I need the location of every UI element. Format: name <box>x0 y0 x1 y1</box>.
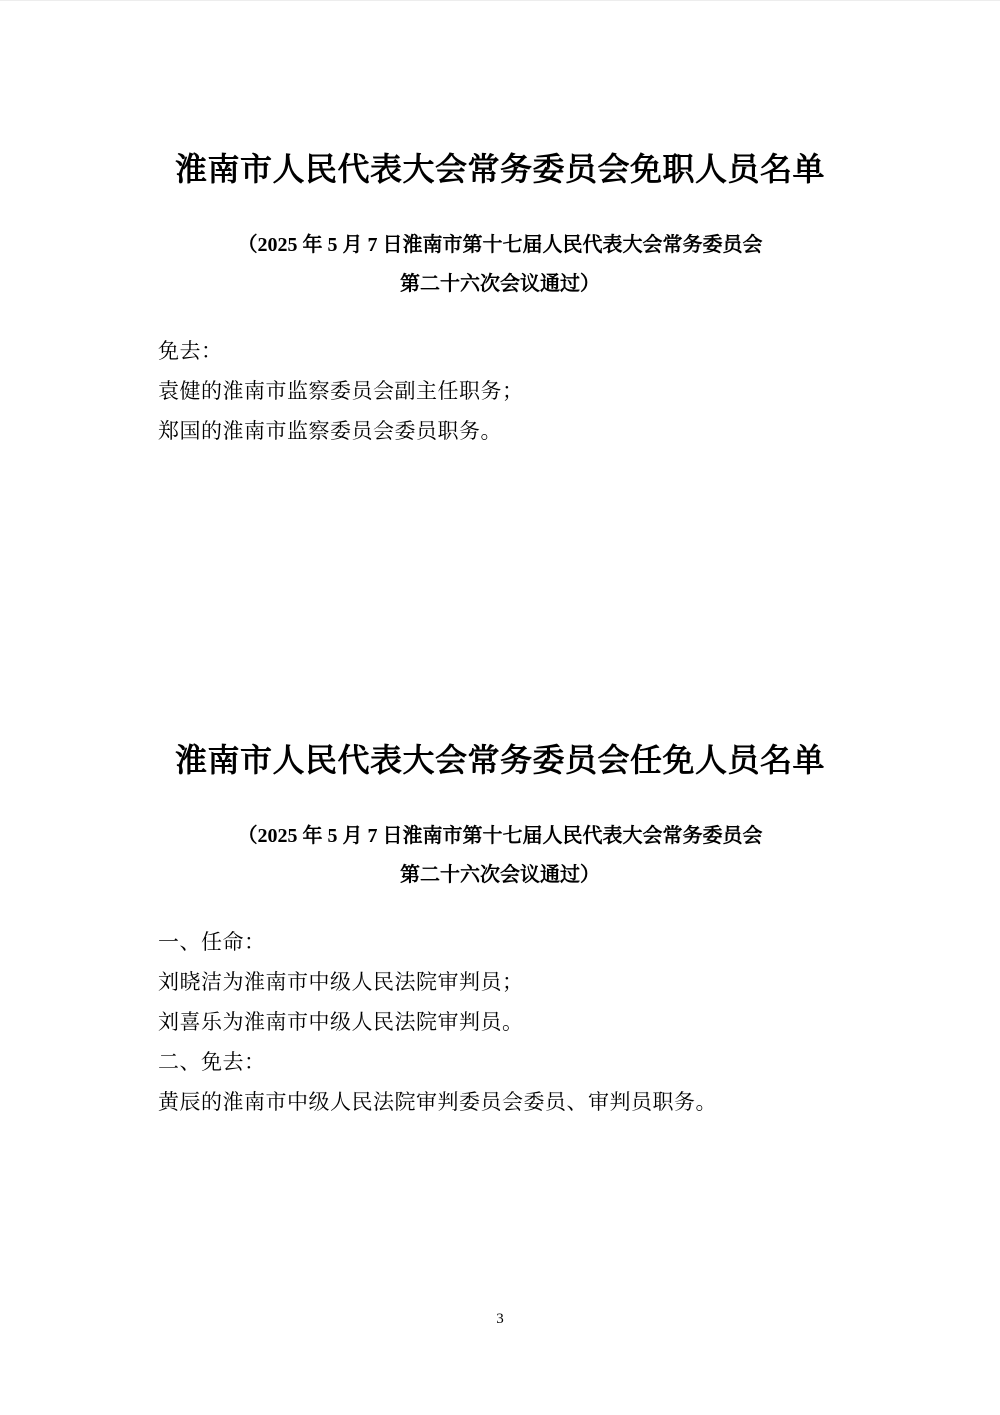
document-page: 淮南市人民代表大会常务委员会免职人员名单 （2025 年 5 月 7 日淮南市第… <box>0 0 1000 1415</box>
paragraph: 刘晓洁为淮南市中级人民法院审判员； <box>158 962 880 1002</box>
section2-subtitle-line1: （2025 年 5 月 7 日淮南市第十七届人民代表大会常务委员会 <box>0 817 1000 856</box>
section2-body: 一、任命： 刘晓洁为淮南市中级人民法院审判员； 刘喜乐为淮南市中级人民法院审判员… <box>158 922 880 1122</box>
paragraph: 刘喜乐为淮南市中级人民法院审判员。 <box>158 1002 880 1042</box>
section1-subtitle-line2: 第二十六次会议通过） <box>0 265 1000 304</box>
section2-title: 淮南市人民代表大会常务委员会任免人员名单 <box>0 740 1000 780</box>
section2-subtitle: （2025 年 5 月 7 日淮南市第十七届人民代表大会常务委员会 第二十六次会… <box>0 817 1000 895</box>
paragraph: 郑国的淮南市监察委员会委员职务。 <box>158 411 880 451</box>
section1-subtitle-line1: （2025 年 5 月 7 日淮南市第十七届人民代表大会常务委员会 <box>0 226 1000 265</box>
section1-title: 淮南市人民代表大会常务委员会免职人员名单 <box>0 149 1000 189</box>
paragraph: 袁健的淮南市监察委员会副主任职务； <box>158 371 880 411</box>
paragraph: 免去： <box>158 331 880 371</box>
section1-body: 免去： 袁健的淮南市监察委员会副主任职务； 郑国的淮南市监察委员会委员职务。 <box>158 331 880 451</box>
paragraph: 一、任命： <box>158 922 880 962</box>
section1-subtitle: （2025 年 5 月 7 日淮南市第十七届人民代表大会常务委员会 第二十六次会… <box>0 226 1000 304</box>
paragraph: 二、免去： <box>158 1042 880 1082</box>
paragraph: 黄辰的淮南市中级人民法院审判委员会委员、审判员职务。 <box>158 1082 880 1122</box>
section2-subtitle-line2: 第二十六次会议通过） <box>0 856 1000 895</box>
page-number: 3 <box>0 1309 1000 1329</box>
